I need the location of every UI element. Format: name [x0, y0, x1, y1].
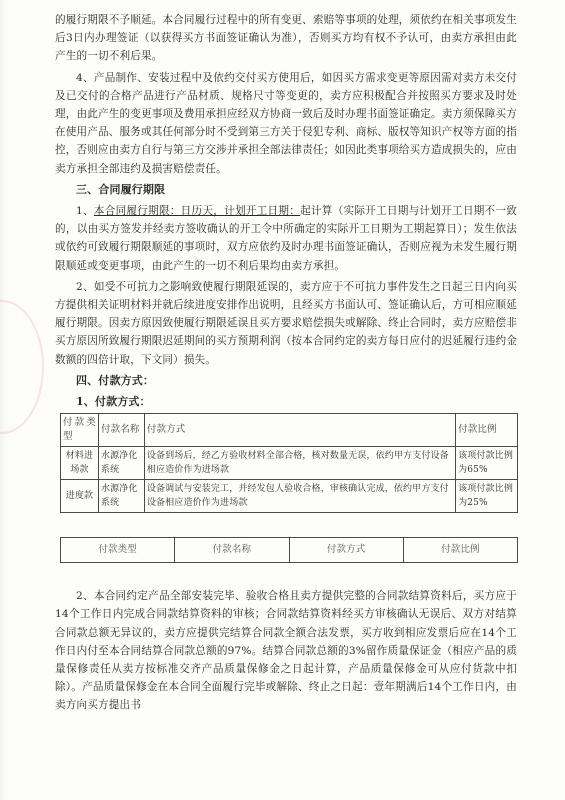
header-payment-type: 付款类型	[61, 538, 175, 563]
payment-table-2-header: 付款类型 付款名称 付款方式 付款比例	[61, 538, 518, 563]
payment-table-empty: 付款类型 付款名称 付款方式 付款比例	[60, 537, 518, 563]
section-4-item-2: 2、本合同约定产品全部安装完毕、验收合格且卖方提供完整的合同款结算资料后，买方应…	[55, 587, 517, 714]
section-4-subheading: 1、付款方式：	[55, 393, 517, 411]
section-3-item-2: 2、如受不可抗力之影响致使履行期限延误的，卖方应于不可抗力事件发生之日起三日内向…	[55, 278, 517, 369]
seal-stamp-fragment	[0, 300, 44, 434]
section-4-heading: 四、付款方式：	[55, 372, 517, 390]
document-body: 的履行期限不予顺延。本合同履行过程中的所有变更、索赔等事项的处理，须依约在相关事…	[55, 11, 517, 715]
header-payment-method: 付款方式	[144, 414, 455, 447]
paragraph-item-4: 4、产品制作、安装过程中及依约交付买方使用后，如因买方需求变更等原因需对卖方未交…	[55, 69, 517, 178]
cell-payment-method: 设备到场后，经乙方验收材料全部合格，核对数量无误，依约甲方支付设备相应造价作为进…	[144, 447, 455, 480]
header-payment-name: 付款名称	[98, 414, 144, 447]
payment-table-header: 付款类型 付款名称 付款方式 付款比例	[61, 414, 518, 447]
section-3-heading: 三、合同履行期限	[55, 181, 517, 199]
section-3-item-1: 1、本合同履行期限：日历天，计划开工日期：起计算（实际开工日期与计划开工日期不一…	[55, 202, 517, 275]
cell-payment-type: 材料进场款	[61, 447, 99, 480]
payment-table: 付款类型 付款名称 付款方式 付款比例 材料进场款 水源净化系统 设备到场后，经…	[60, 413, 518, 513]
table-row: 材料进场款 水源净化系统 设备到场后，经乙方验收材料全部合格，核对数量无误，依约…	[61, 447, 518, 480]
header-payment-ratio: 付款比例	[456, 414, 518, 447]
cell-payment-name: 水源净化系统	[98, 447, 144, 480]
cell-payment-ratio: 该项付款比例为25%	[456, 480, 518, 513]
header-payment-type: 付款类型	[61, 414, 99, 447]
cell-payment-type: 进度款	[61, 480, 99, 513]
document-page: 的履行期限不予顺延。本合同履行过程中的所有变更、索赔等事项的处理，须依约在相关事…	[0, 0, 565, 800]
header-payment-name: 付款名称	[175, 538, 289, 563]
header-payment-method: 付款方式	[289, 538, 403, 563]
table-row: 进度款 水源净化系统 设备调试与安装完工，并经发包人验收合格，审核确认完成，依约…	[61, 480, 518, 513]
header-payment-ratio: 付款比例	[403, 538, 517, 563]
contract-term-underlined: 本合同履行期限：日历天，计划开工日期：	[94, 205, 300, 217]
paragraph-continuation: 的履行期限不予顺延。本合同履行过程中的所有变更、索赔等事项的处理，须依约在相关事…	[55, 11, 517, 66]
cell-payment-name: 水源净化系统	[98, 480, 144, 513]
cell-payment-method: 设备调试与安装完工，并经发包人验收合格，审核确认完成，依约甲方支付设备相应造价作…	[144, 480, 455, 513]
cell-payment-ratio: 该项付款比例为65%	[456, 447, 518, 480]
item-number: 1、	[76, 205, 94, 217]
